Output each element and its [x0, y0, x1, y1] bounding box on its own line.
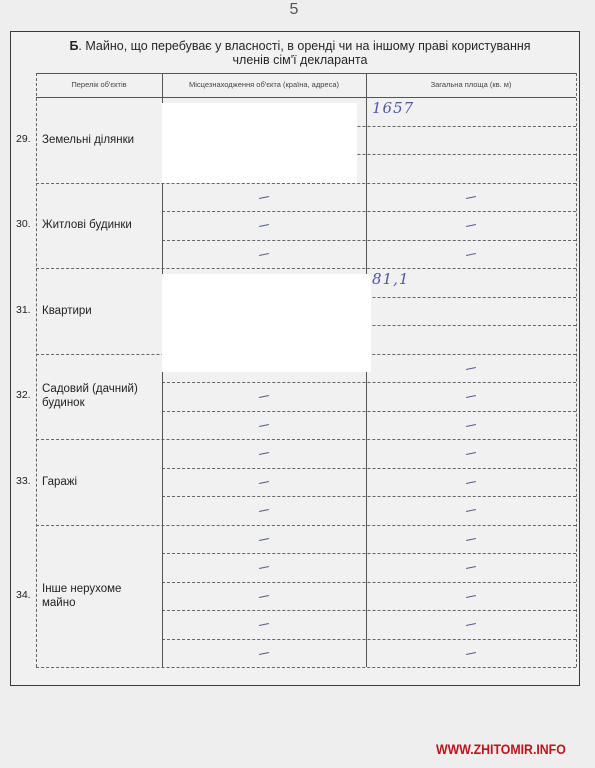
row-number: 29.: [16, 133, 36, 145]
dash-mark: [259, 651, 269, 654]
dash-mark: [466, 594, 476, 597]
row-label: Інше нерухоме майно: [42, 582, 142, 610]
dash-mark: [259, 594, 269, 597]
area-cell: [366, 354, 576, 382]
dash-mark: [259, 252, 269, 255]
row-label: Житлові будинки: [42, 218, 160, 232]
header-location: Місцезнаходження об'єкта (країна, адреса…: [162, 73, 366, 97]
area-cell: [366, 553, 576, 581]
area-cell: [366, 382, 576, 410]
dash-mark: [466, 566, 476, 569]
dash-mark: [466, 252, 476, 255]
dash-mark: [259, 623, 269, 626]
location-cell: [162, 553, 366, 581]
row-label: Садовий (дачний) будинок: [42, 382, 142, 410]
handwritten-value: 1657: [372, 99, 414, 117]
dash-mark: [466, 537, 476, 540]
location-cell: [162, 639, 366, 667]
dash-mark: [466, 395, 476, 398]
dash-mark: [259, 509, 269, 512]
section-title-line1: . Майно, що перебуває у власності, в оре…: [78, 39, 530, 53]
header-area: Загальна площа (кв. м): [366, 73, 576, 97]
location-cell: [162, 211, 366, 239]
property-table: Перелік об'єктів Місцезнаходження об'єкт…: [36, 73, 576, 673]
dash-mark: [259, 566, 269, 569]
section-title: Б. Майно, що перебуває у власності, в ор…: [30, 39, 570, 67]
location-cell: [162, 411, 366, 439]
area-cell: [366, 468, 576, 496]
row-divider: [36, 667, 576, 668]
table-top-border: [36, 73, 576, 74]
location-cell: [162, 496, 366, 524]
row-number: 34.: [16, 589, 36, 601]
redacted-area: [162, 103, 357, 183]
area-cell: [366, 297, 576, 325]
table-right-border: [576, 73, 577, 667]
area-cell: [366, 525, 576, 553]
location-cell: [162, 582, 366, 610]
area-cell: [366, 411, 576, 439]
row-number: 30.: [16, 218, 36, 230]
area-cell: [366, 582, 576, 610]
dash-mark: [259, 195, 269, 198]
location-cell: [162, 610, 366, 638]
area-cell: 1657: [366, 97, 582, 125]
dash-mark: [466, 366, 476, 369]
dash-mark: [466, 623, 476, 626]
dash-mark: [466, 224, 476, 227]
page-number: 5: [286, 1, 302, 19]
area-cell: [366, 496, 576, 524]
location-cell: [162, 439, 366, 467]
row-label: Земельні ділянки: [42, 133, 160, 147]
area-cell: [366, 325, 576, 353]
dash-mark: [466, 423, 476, 426]
dash-mark: [466, 195, 476, 198]
area-cell: [366, 154, 576, 182]
dash-mark: [259, 537, 269, 540]
area-cell: [366, 610, 576, 638]
row-label: Квартири: [42, 304, 160, 318]
row-label: Гаражі: [42, 475, 160, 489]
area-cell: [366, 126, 576, 154]
location-cell: [162, 525, 366, 553]
location-cell: [162, 183, 366, 211]
dash-mark: [466, 452, 476, 455]
area-cell: [366, 211, 576, 239]
header-objects: Перелік об'єктів: [36, 73, 162, 97]
location-cell: [162, 240, 366, 268]
dash-mark: [466, 480, 476, 483]
site-watermark: WWW.ZHITOMIR.INFO: [436, 741, 566, 757]
dash-mark: [259, 395, 269, 398]
location-cell: [162, 468, 366, 496]
section-title-line2: членів сім'ї декларанта: [30, 53, 570, 67]
row-number: 31.: [16, 304, 36, 316]
dash-mark: [259, 480, 269, 483]
area-cell: [366, 439, 576, 467]
area-cell: 81,1: [366, 268, 582, 296]
location-cell: [162, 382, 366, 410]
handwritten-value: 81,1: [372, 270, 409, 288]
dash-mark: [259, 423, 269, 426]
row-number: 32.: [16, 389, 36, 401]
dash-mark: [259, 224, 269, 227]
area-cell: [366, 183, 576, 211]
redacted-area: [162, 274, 371, 372]
area-cell: [366, 639, 576, 667]
area-cell: [366, 240, 576, 268]
dash-mark: [466, 651, 476, 654]
row-number: 33.: [16, 475, 36, 487]
dash-mark: [466, 509, 476, 512]
table-left-border: [36, 73, 37, 667]
dash-mark: [259, 452, 269, 455]
